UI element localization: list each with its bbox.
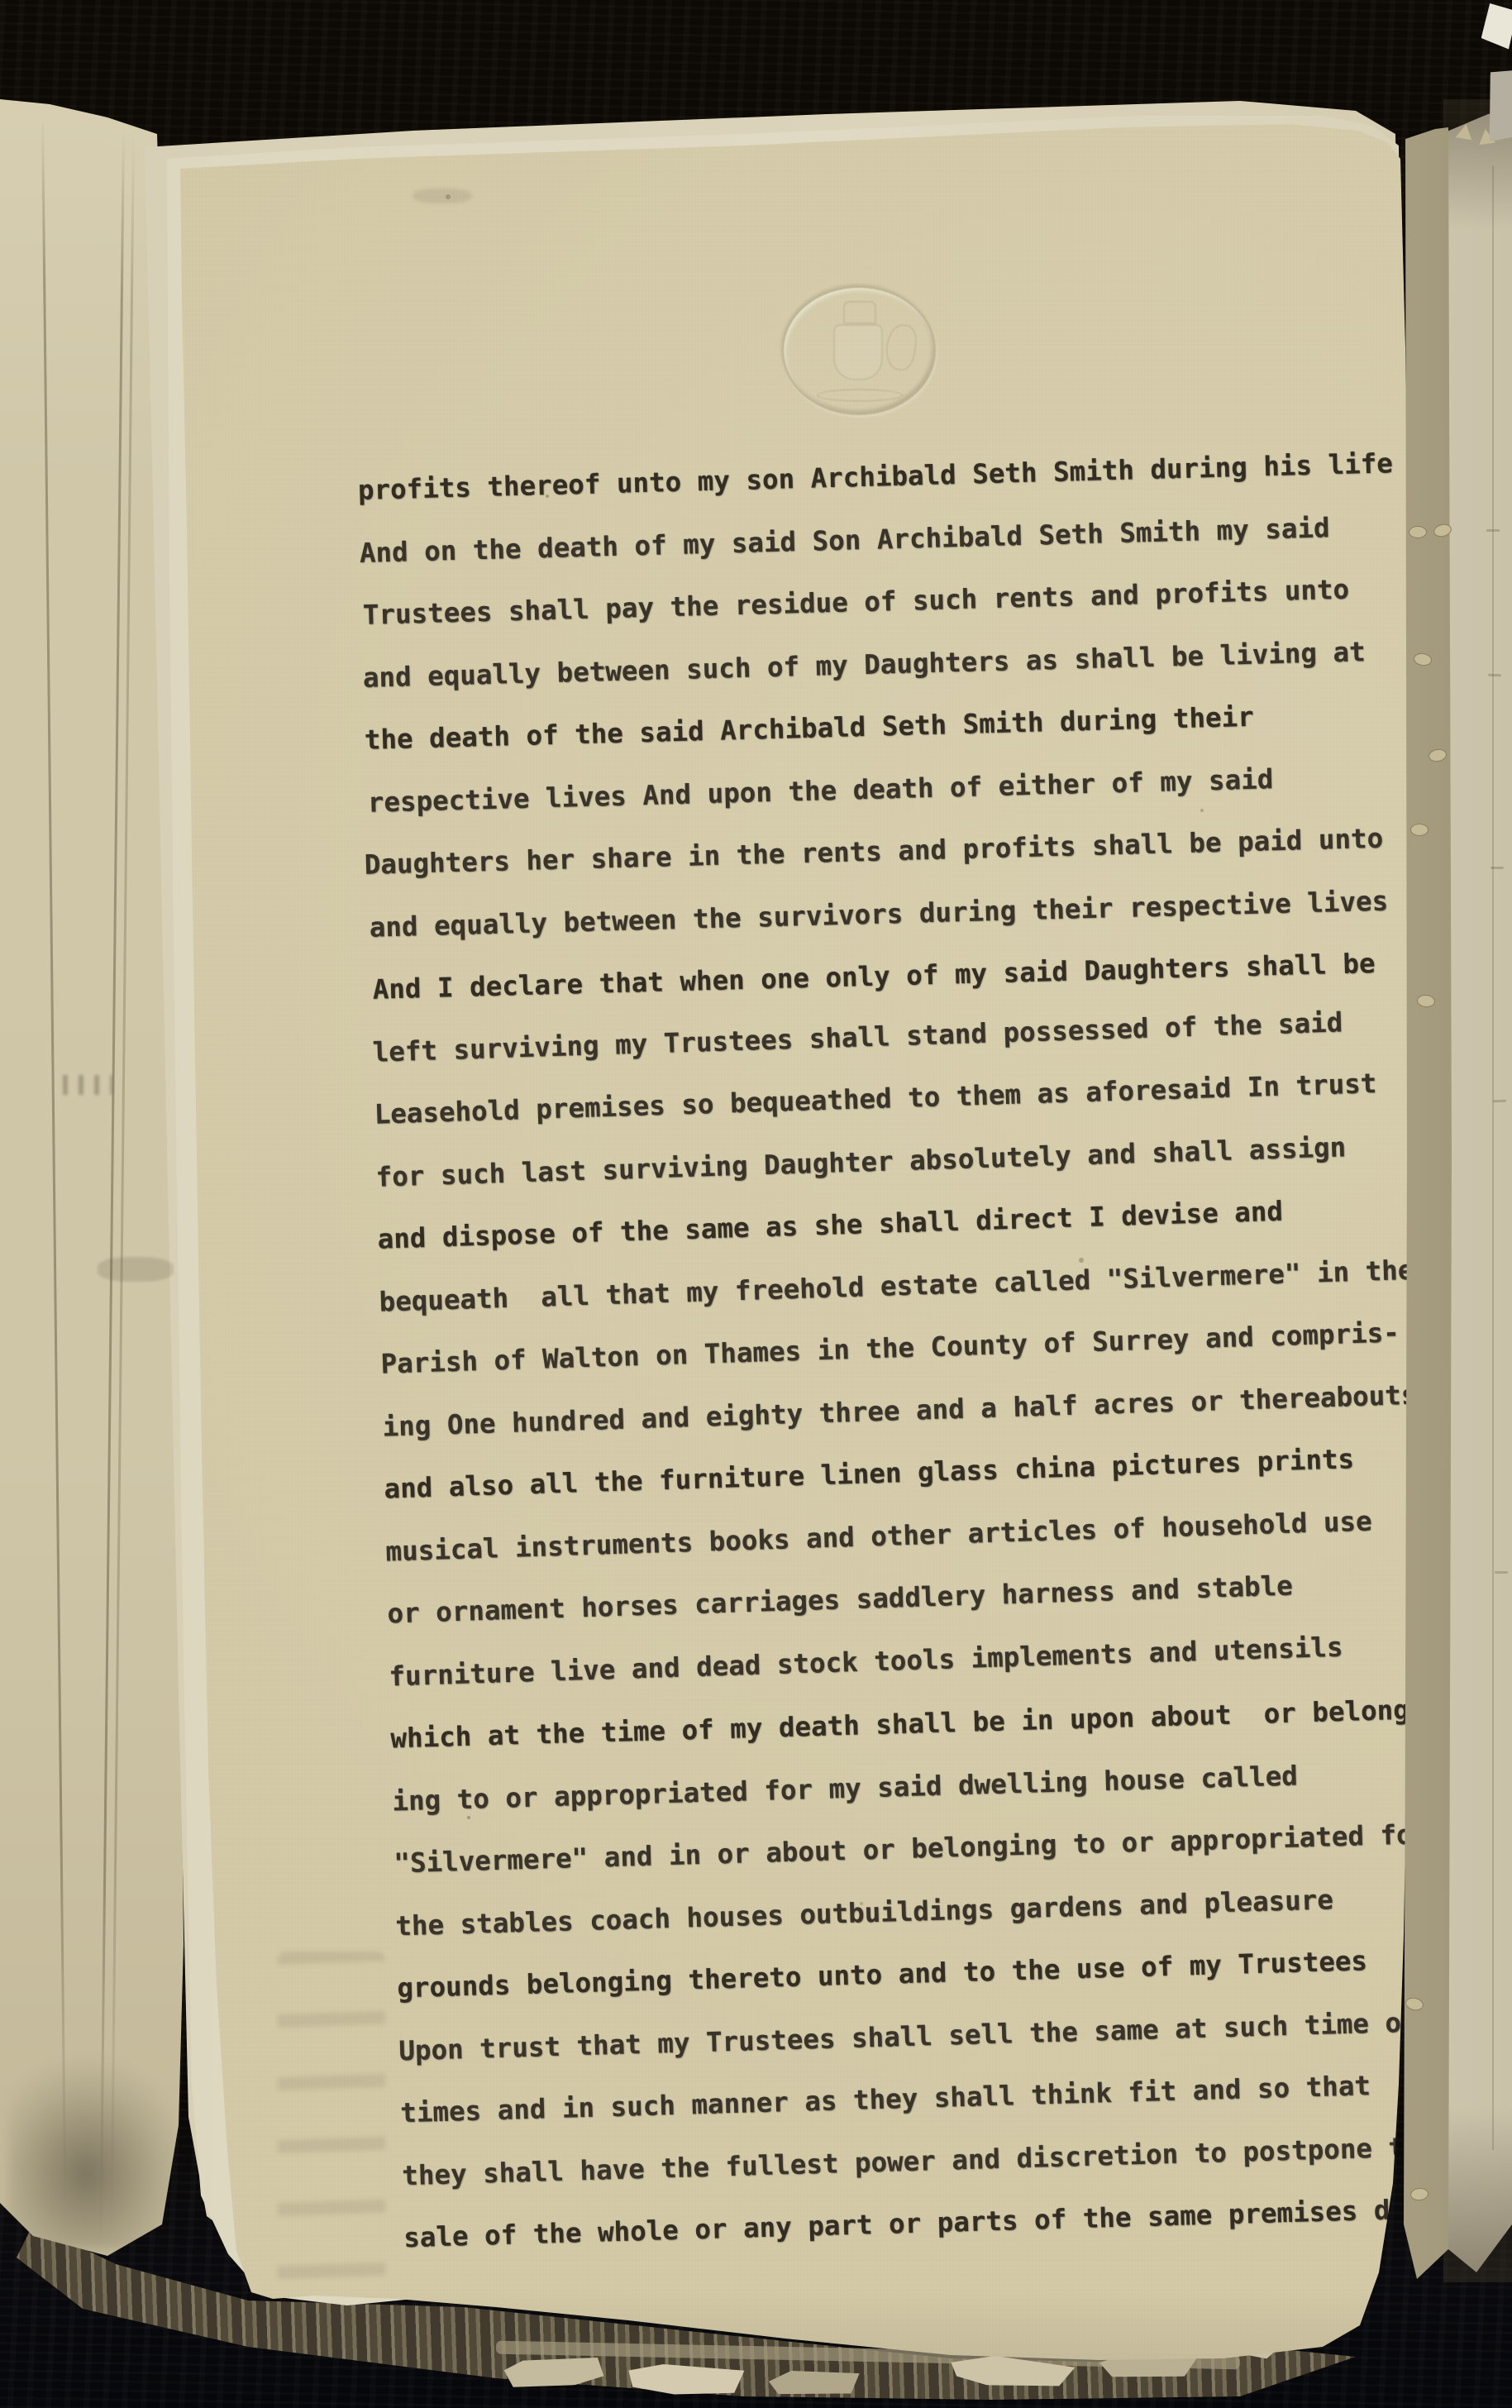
bleed-through-dash xyxy=(1493,1100,1506,1103)
seal-shield-icon xyxy=(833,324,883,380)
bleed-through-dash xyxy=(1488,674,1501,677)
bleed-through-dash xyxy=(1491,867,1504,869)
paper-scrap xyxy=(1480,2,1512,51)
dust-specks xyxy=(0,0,3,3)
binding-damage-mark xyxy=(1409,526,1427,538)
bleed-through-mark xyxy=(98,1257,174,1282)
seal-crown-icon xyxy=(843,301,876,324)
bleed-through-dash xyxy=(1495,1571,1508,1574)
bleed-through-column xyxy=(278,1952,385,2299)
photographed-will-volume: profits thereof unto my son Archibald Se… xyxy=(0,0,1512,2408)
typewritten-will-page: profits thereof unto my son Archibald Se… xyxy=(0,0,1512,2408)
facing-page-crease xyxy=(1492,165,1494,2150)
bleed-through-mark xyxy=(413,189,471,203)
seal-lion-icon xyxy=(883,322,918,372)
seal-base-icon xyxy=(817,389,903,402)
bleed-through-mark xyxy=(63,1075,112,1095)
bleed-through-dash xyxy=(1486,529,1500,532)
embossed-seal-icon xyxy=(782,286,936,415)
binding-damage-mark xyxy=(1410,824,1429,836)
will-text-block: profits thereof unto my son Archibald Se… xyxy=(357,429,1512,2270)
paper-stain xyxy=(8,2051,182,2249)
